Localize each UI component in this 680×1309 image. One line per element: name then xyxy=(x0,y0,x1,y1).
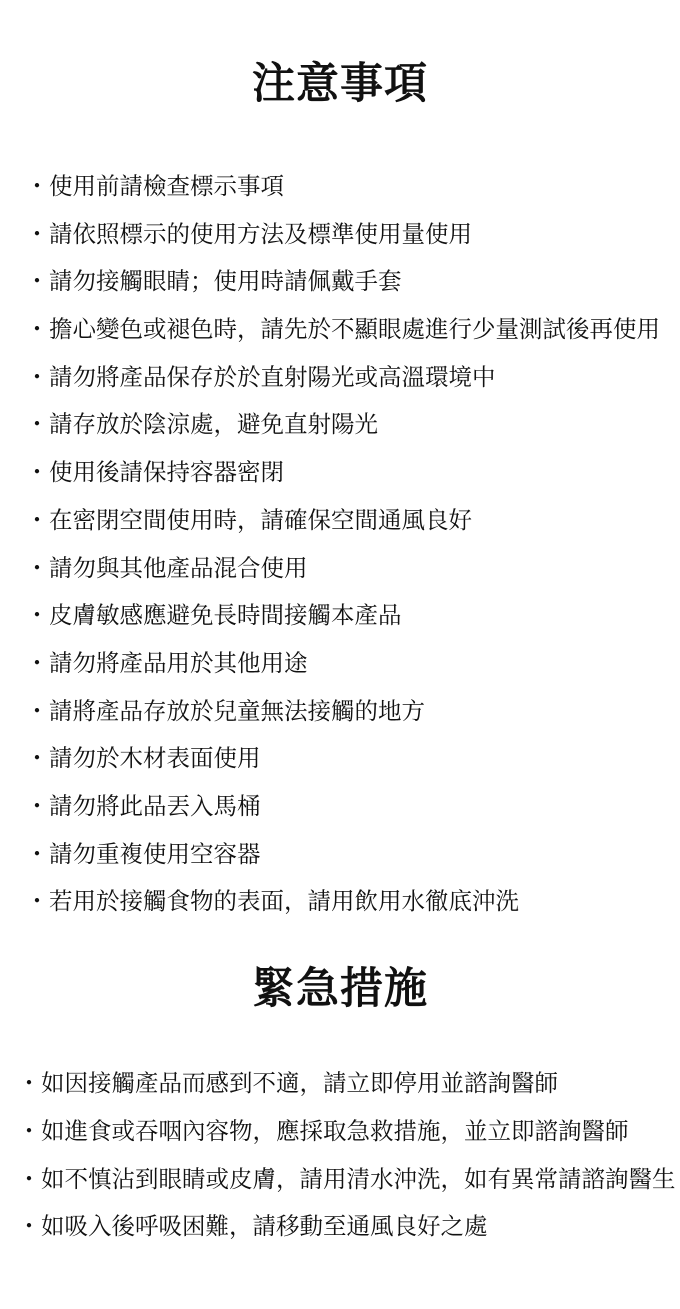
list-item: ・ 請依照標示的使用方法及標準使用量使用 xyxy=(25,222,670,247)
section-title-emergency: 緊急措施 xyxy=(0,962,680,1016)
list-item-text: 請勿接觸眼睛；使用時請佩戴手套 xyxy=(49,269,402,294)
bullet-dot: ・ xyxy=(25,460,49,485)
bullet-dot: ・ xyxy=(25,508,49,533)
list-item: ・ 若用於接觸食物的表面，請用飲用水徹底沖洗 xyxy=(25,889,670,914)
list-item: ・ 如因接觸產品而感到不適，請立即停用並諮詢醫師 xyxy=(17,1071,674,1096)
list-item: ・ 請存放於陰涼處，避免直射陽光 xyxy=(25,412,670,437)
bullet-dot: ・ xyxy=(25,699,49,724)
list-item-text: 請存放於陰涼處，避免直射陽光 xyxy=(49,412,378,437)
list-item: ・ 使用後請保持容器密閉 xyxy=(25,460,670,485)
list-item-text: 擔心變色或褪色時，請先於不顯眼處進行少量測試後再使用 xyxy=(49,317,660,342)
bullet-dot: ・ xyxy=(25,222,49,247)
list-item-text: 皮膚敏感應避免長時間接觸本產品 xyxy=(49,603,402,628)
bullet-dot: ・ xyxy=(17,1119,41,1144)
bullet-dot: ・ xyxy=(25,842,49,867)
bullet-dot: ・ xyxy=(17,1214,41,1239)
list-item-text: 如不慎沾到眼睛或皮膚，請用清水沖洗，如有異常請諮詢醫生 xyxy=(41,1167,676,1192)
bullet-dot: ・ xyxy=(25,556,49,581)
list-item: ・ 在密閉空間使用時，請確保空間通風良好 xyxy=(25,508,670,533)
list-item-text: 請將產品存放於兒童無法接觸的地方 xyxy=(49,699,425,724)
list-item-text: 使用前請檢查標示事項 xyxy=(49,174,284,199)
bullet-dot: ・ xyxy=(25,365,49,390)
list-item: ・ 使用前請檢查標示事項 xyxy=(25,174,670,199)
list-item: ・ 請勿與其他產品混合使用 xyxy=(25,556,670,581)
list-item-text: 請勿與其他產品混合使用 xyxy=(49,556,308,581)
list-item: ・ 請將產品存放於兒童無法接觸的地方 xyxy=(25,699,670,724)
bullet-dot: ・ xyxy=(25,269,49,294)
list-item: ・ 如吸入後呼吸困難，請移動至通風良好之處 xyxy=(17,1214,674,1239)
bullet-dot: ・ xyxy=(25,174,49,199)
list-item: ・ 如不慎沾到眼睛或皮膚，請用清水沖洗，如有異常請諮詢醫生 xyxy=(17,1167,674,1192)
list-item-text: 如進食或吞咽內容物，應採取急救措施，並立即諮詢醫師 xyxy=(41,1119,629,1144)
bullet-dot: ・ xyxy=(25,603,49,628)
list-item: ・ 如進食或吞咽內容物，應採取急救措施，並立即諮詢醫師 xyxy=(17,1119,674,1144)
list-item: ・ 請勿於木材表面使用 xyxy=(25,746,670,771)
list-item: ・ 請勿將產品用於其他用途 xyxy=(25,651,670,676)
list-item: ・ 皮膚敏感應避免長時間接觸本產品 xyxy=(25,603,670,628)
section-title-precautions: 注意事項 xyxy=(0,57,680,111)
bullet-dot: ・ xyxy=(17,1071,41,1096)
bullet-dot: ・ xyxy=(25,746,49,771)
list-item-text: 請勿將產品用於其他用途 xyxy=(49,651,308,676)
list-item-text: 在密閉空間使用時，請確保空間通風良好 xyxy=(49,508,472,533)
list-item-text: 如因接觸產品而感到不適，請立即停用並諮詢醫師 xyxy=(41,1071,558,1096)
bullet-dot: ・ xyxy=(25,412,49,437)
list-item-text: 如吸入後呼吸困難，請移動至通風良好之處 xyxy=(41,1214,488,1239)
list-item-text: 若用於接觸食物的表面，請用飲用水徹底沖洗 xyxy=(49,889,519,914)
list-item: ・ 請勿將此品丟入馬桶 xyxy=(25,794,670,819)
list-item: ・ 請勿將產品保存於於直射陽光或高溫環境中 xyxy=(25,365,670,390)
list-item: ・ 擔心變色或褪色時，請先於不顯眼處進行少量測試後再使用 xyxy=(25,317,670,342)
bullet-dot: ・ xyxy=(17,1167,41,1192)
list-item-text: 請勿重複使用空容器 xyxy=(49,842,261,867)
emergency-list: ・ 如因接觸產品而感到不適，請立即停用並諮詢醫師 ・ 如進食或吞咽內容物，應採取… xyxy=(0,1071,680,1239)
list-item-text: 請勿於木材表面使用 xyxy=(49,746,261,771)
list-item-text: 使用後請保持容器密閉 xyxy=(49,460,284,485)
bullet-dot: ・ xyxy=(25,651,49,676)
precautions-page: 注意事項 ・ 使用前請檢查標示事項 ・ 請依照標示的使用方法及標準使用量使用 ・… xyxy=(0,0,680,1309)
list-item-text: 請勿將產品保存於於直射陽光或高溫環境中 xyxy=(49,365,496,390)
list-item-text: 請勿將此品丟入馬桶 xyxy=(49,794,261,819)
bullet-dot: ・ xyxy=(25,889,49,914)
list-item: ・ 請勿重複使用空容器 xyxy=(25,842,670,867)
list-item-text: 請依照標示的使用方法及標準使用量使用 xyxy=(49,222,472,247)
bullet-dot: ・ xyxy=(25,317,49,342)
list-item: ・ 請勿接觸眼睛；使用時請佩戴手套 xyxy=(25,269,670,294)
bullet-dot: ・ xyxy=(25,794,49,819)
precautions-list: ・ 使用前請檢查標示事項 ・ 請依照標示的使用方法及標準使用量使用 ・ 請勿接觸… xyxy=(0,174,680,914)
